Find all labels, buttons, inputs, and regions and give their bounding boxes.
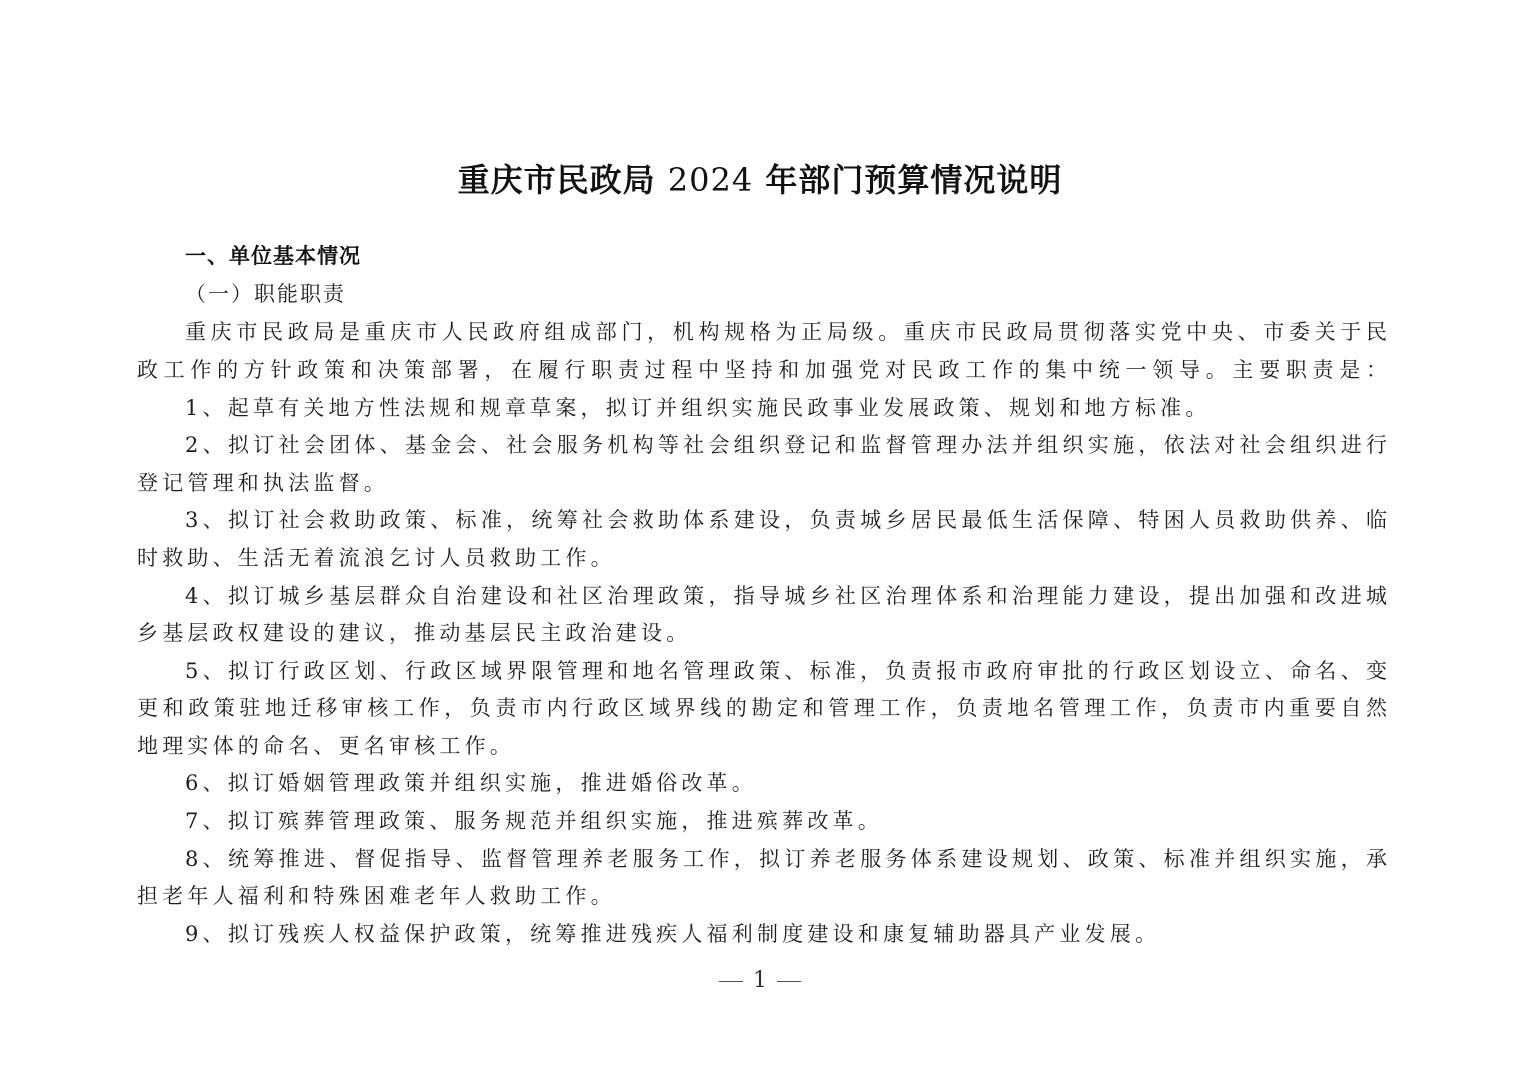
paragraph-line: 2、拟订社会团体、基金会、社会服务机构等社会组织登记和监督管理办法并组织实施，依… xyxy=(185,430,1387,460)
dash-left xyxy=(719,981,743,982)
paragraph-line: 更和政策驻地迁移审核工作，负责市内行政区域界线的勘定和管理工作，负责地名管理工作… xyxy=(137,693,1387,723)
title-year: 2024 xyxy=(668,161,753,199)
subsection-heading: （一）职能职责 xyxy=(185,279,346,309)
page-number-value: 1 xyxy=(753,966,767,996)
paragraph-line: 4、拟订城乡基层群众自治建设和社区治理政策，指导城乡社区治理体系和治理能力建设，… xyxy=(185,581,1387,611)
paragraph-line: 政工作的方针政策和决策部署，在履行职责过程中坚持和加强党对民政工作的集中统一领导… xyxy=(137,355,1387,385)
dash-right xyxy=(777,981,801,982)
page-number: 1 xyxy=(0,966,1520,996)
title-prefix: 重庆市民政局 xyxy=(458,161,656,199)
paragraph-line: 时救助、生活无着流浪乞讨人员救助工作。 xyxy=(137,543,1387,573)
paragraph-line: 地理实体的命名、更名审核工作。 xyxy=(137,731,1387,761)
paragraph-line: 登记管理和执法监督。 xyxy=(137,468,1387,498)
title-suffix: 年部门预算情况说明 xyxy=(765,161,1062,199)
paragraph-line: 重庆市民政局是重庆市人民政府组成部门，机构规格为正局级。重庆市民政局贯彻落实党中… xyxy=(185,317,1387,347)
paragraph-line: 8、统筹推进、督促指导、监督管理养老服务工作，拟订养老服务体系建设规划、政策、标… xyxy=(185,844,1387,874)
paragraph-line: 3、拟订社会救助政策、标准，统筹社会救助体系建设，负责城乡居民最低生活保障、特困… xyxy=(185,505,1387,535)
paragraph-line: 5、拟订行政区划、行政区域界限管理和地名管理政策、标准，负责报市政府审批的行政区… xyxy=(185,656,1387,686)
paragraph-line: 1、起草有关地方性法规和规章草案，拟订并组织实施民政事业发展政策、规划和地方标准… xyxy=(185,393,1387,423)
paragraph-line: 7、拟订殡葬管理政策、服务规范并组织实施，推进殡葬改革。 xyxy=(185,806,1387,836)
document-page: 重庆市民政局 2024 年部门预算情况说明 一、单位基本情况 （一）职能职责 重… xyxy=(0,0,1520,1074)
paragraph-line: 6、拟订婚姻管理政策并组织实施，推进婚俗改革。 xyxy=(185,768,1387,798)
paragraph-line: 乡基层政权建设的建议，推动基层民主政治建设。 xyxy=(137,618,1387,648)
paragraph-line: 担老年人福利和特殊困难老年人救助工作。 xyxy=(137,881,1387,911)
paragraph-line: 9、拟订残疾人权益保护政策，统筹推进残疾人福利制度建设和康复辅助器具产业发展。 xyxy=(185,919,1387,949)
document-title: 重庆市民政局 2024 年部门预算情况说明 xyxy=(0,158,1520,202)
section-heading: 一、单位基本情况 xyxy=(185,241,361,271)
